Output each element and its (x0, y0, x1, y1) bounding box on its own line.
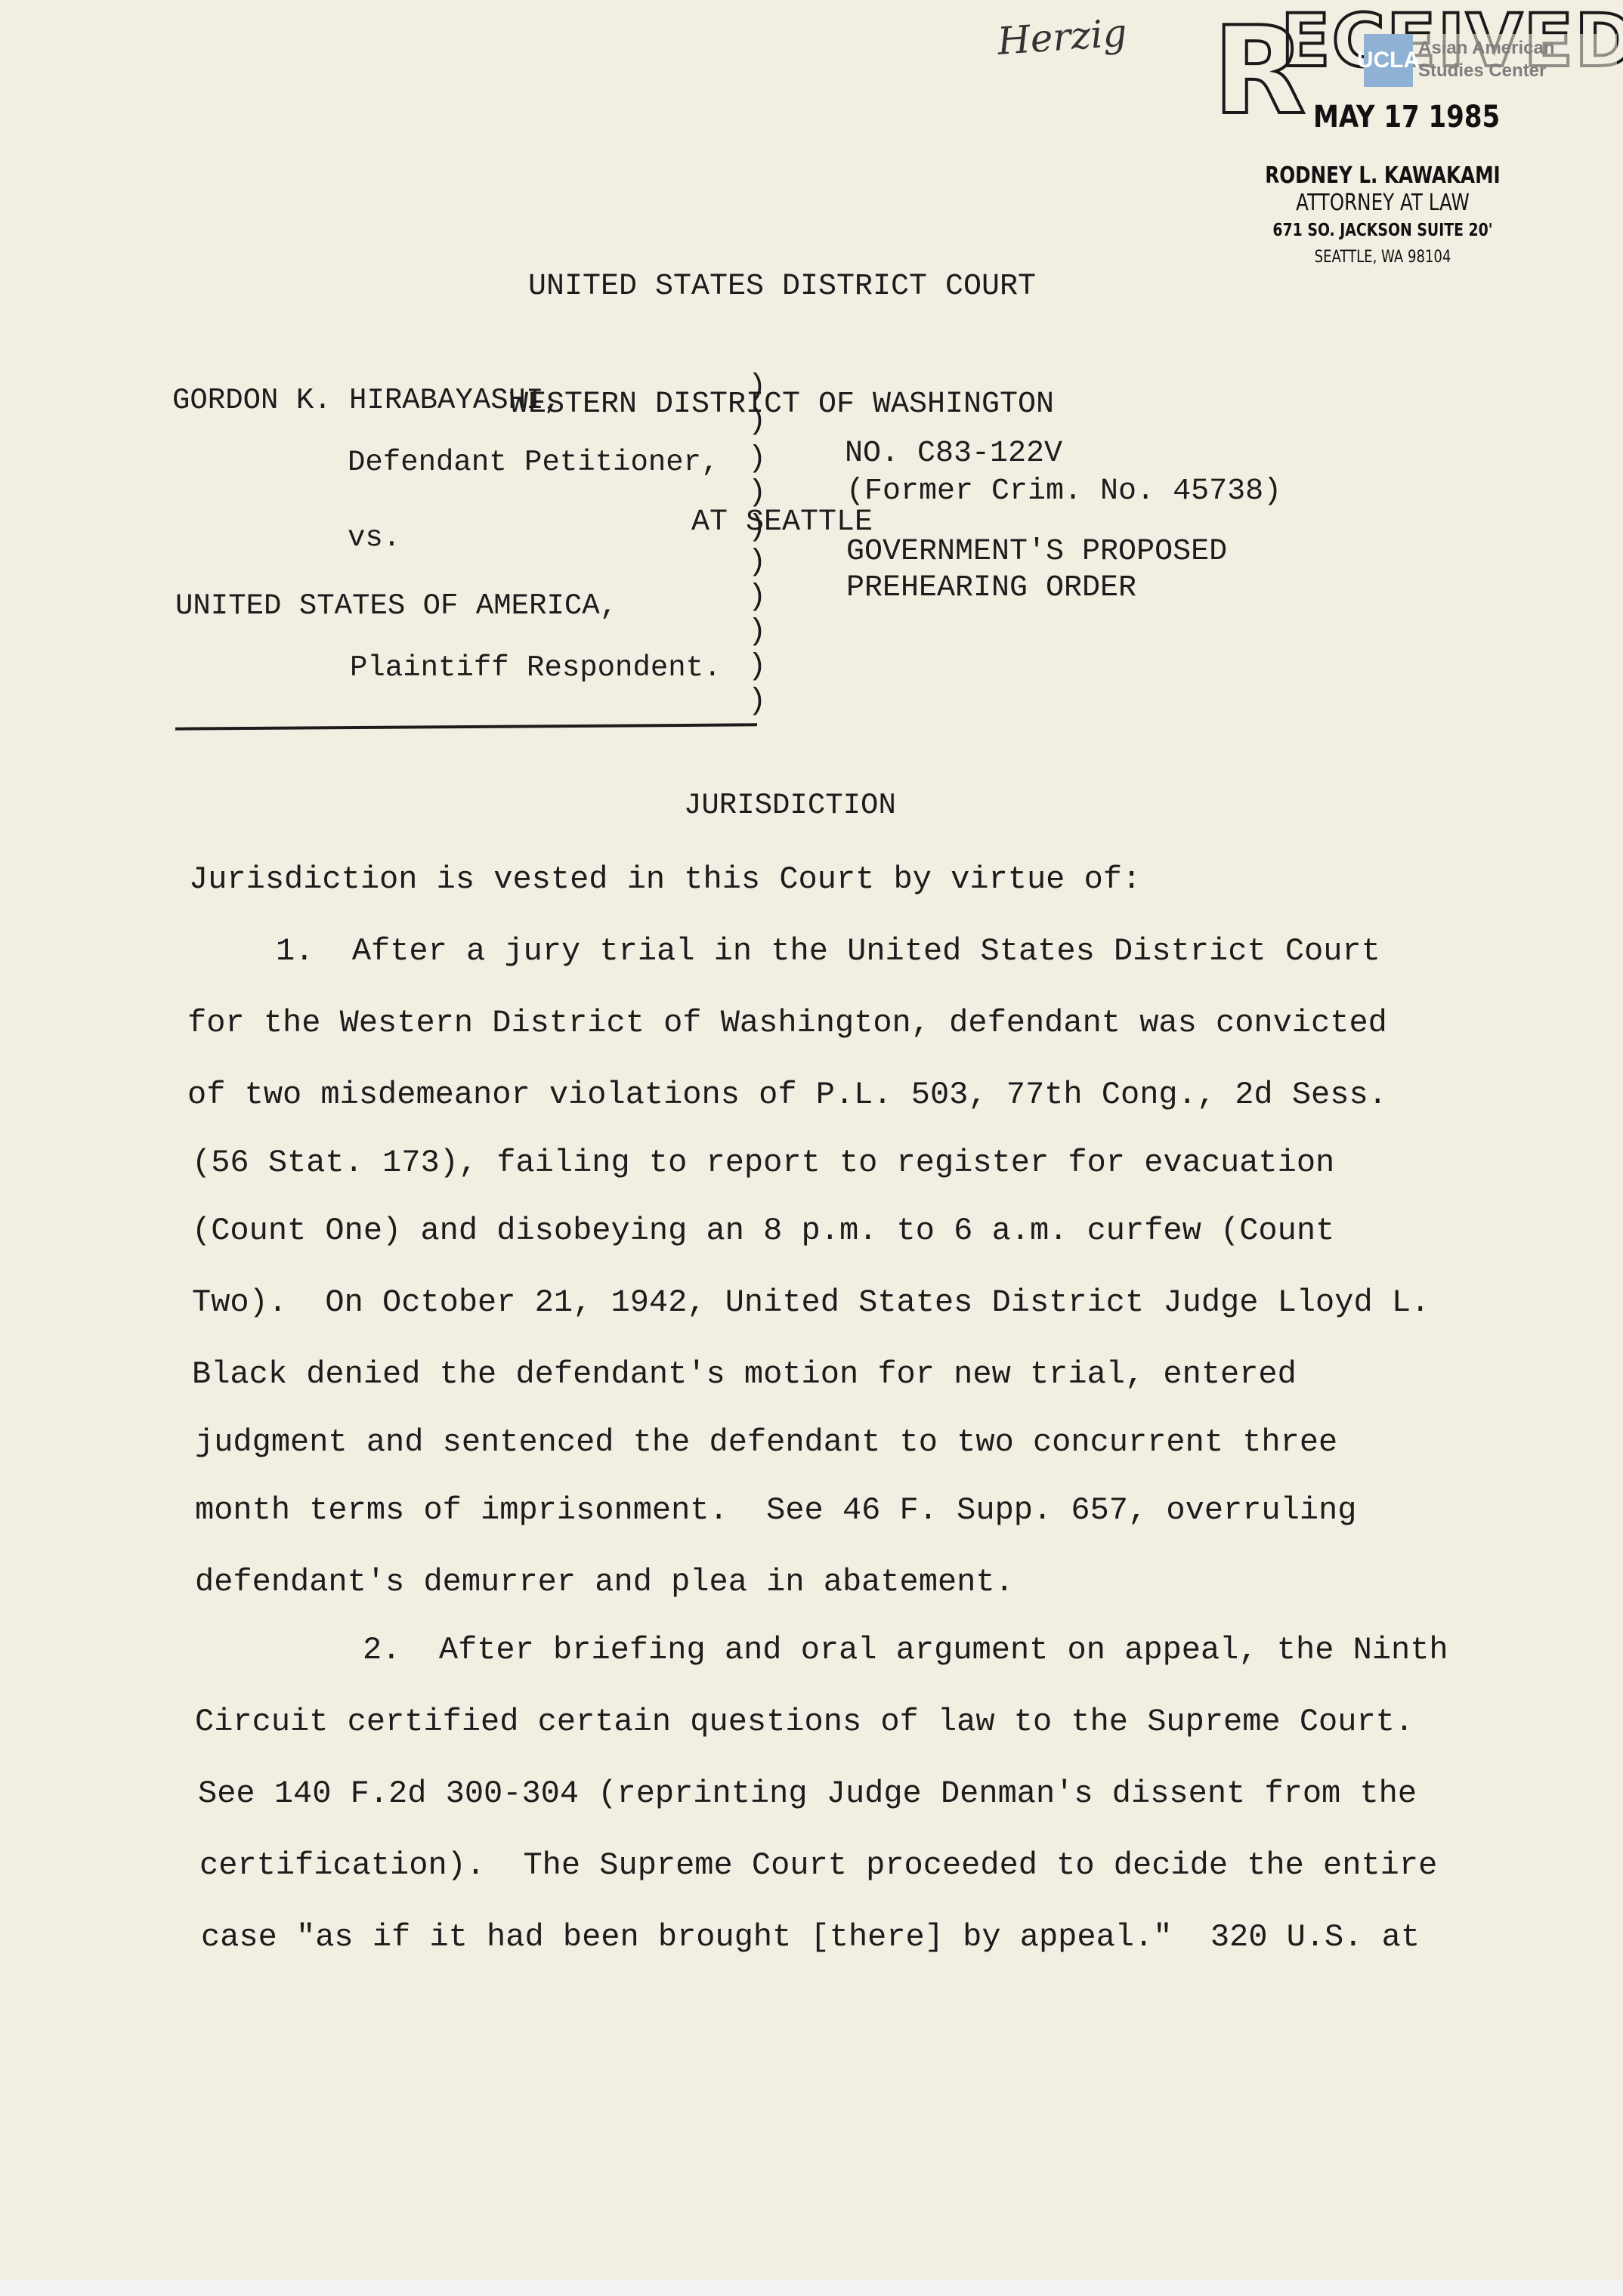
party-2: UNITED STATES OF AMERICA, (175, 589, 617, 623)
body-line: judgment and sentenced the defendant to … (195, 1424, 1337, 1460)
caption-paren: ) (748, 404, 766, 438)
body-line: (Count One) and disobeying an 8 p.m. to … (192, 1213, 1334, 1249)
party-1-role: Defendant Petitioner, (348, 446, 719, 479)
section-heading: JURISDICTION (684, 789, 896, 822)
ucla-logo-box: UCLA (1364, 34, 1413, 87)
ucla-watermark-logo: UCLA Asian American Studies Center (1364, 34, 1617, 87)
document-title-line-2: PREHEARING ORDER (846, 571, 1136, 605)
caption-paren: ) (748, 511, 766, 545)
body-line: case "as if it had been brought [there] … (201, 1919, 1420, 1955)
body-line: Two). On October 21, 1942, United States… (192, 1284, 1430, 1321)
body-line: month terms of imprisonment. See 46 F. S… (195, 1492, 1356, 1528)
attorney-name: RODNEY L. KAWAKAMI (1256, 162, 1510, 190)
body-line: of two misdemeanor violations of P.L. 50… (187, 1077, 1387, 1113)
received-date: MAY 17 1985 (1313, 100, 1500, 134)
body-line: Circuit certified certain questions of l… (195, 1704, 1414, 1740)
body-line: (56 Stat. 173), failing to report to reg… (192, 1145, 1334, 1181)
attorney-city: SEATTLE, WA 98104 (1256, 244, 1510, 271)
caption-paren: ) (748, 684, 766, 718)
caption-paren: ) (748, 650, 766, 684)
former-case-number: (Former Crim. No. 45738) (846, 474, 1281, 508)
caption-paren: ) (748, 442, 766, 476)
body-line: certification). The Supreme Court procee… (199, 1847, 1437, 1883)
body-line: for the Western District of Washington, … (187, 1005, 1387, 1041)
body-line: See 140 F.2d 300-304 (reprinting Judge D… (198, 1775, 1417, 1812)
logo-text: Asian American Studies Center (1418, 37, 1555, 82)
body-line: defendant's demurrer and plea in abateme… (195, 1564, 1014, 1600)
attorney-stamp: RODNEY L. KAWAKAMI ATTORNEY AT LAW 671 S… (1228, 162, 1538, 271)
logo-line-2: Studies Center (1418, 60, 1555, 82)
body-line: Black denied the defendant's motion for … (192, 1356, 1297, 1392)
attorney-address: 671 SO. JACKSON SUITE 20' (1256, 217, 1510, 244)
attorney-title: ATTORNEY AT LAW (1256, 190, 1510, 217)
document-page: Herzig R ECEIVED UCLA Asian American Stu… (0, 0, 1623, 2296)
intro-line: Jurisdiction is vested in this Court by … (189, 861, 1141, 898)
caption-paren: ) (748, 545, 766, 579)
caption-paren: ) (748, 580, 766, 614)
case-number: NO. C83-122V (845, 437, 1062, 471)
body-line: 2. After briefing and oral argument on a… (363, 1632, 1448, 1668)
caption-rule (175, 723, 757, 730)
body-line: 1. After a jury trial in the United Stat… (276, 933, 1380, 969)
court-line-1: UNITED STATES DISTRICT COURT (442, 267, 1122, 307)
caption-paren: ) (748, 476, 766, 510)
caption-paren: ) (748, 615, 766, 649)
versus: vs. (348, 521, 400, 555)
party-1: GORDON K. HIRABAYASHI, (172, 384, 561, 417)
handwritten-note: Herzig (996, 11, 1128, 63)
document-title-line-1: GOVERNMENT'S PROPOSED (846, 535, 1227, 569)
caption-paren: ) (748, 370, 766, 404)
party-2-role: Plaintiff Respondent. (350, 651, 721, 684)
logo-line-1: Asian American (1418, 37, 1555, 60)
